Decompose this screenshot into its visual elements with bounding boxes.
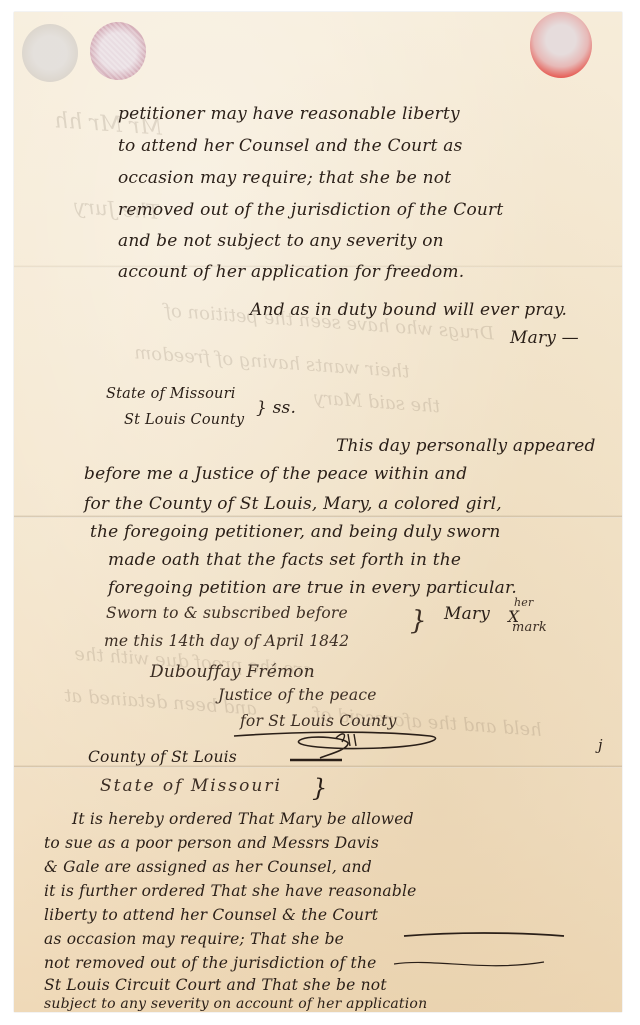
petition-line: to attend her Counsel and the Court as — [118, 136, 463, 156]
faded-seal-mark — [22, 24, 78, 82]
petitioner-signature: Mary — — [510, 328, 579, 348]
order-line: as occasion may require; That she be — [44, 930, 344, 948]
order-line: subject to any severity on account of he… — [44, 996, 427, 1012]
fold-line-middle — [14, 515, 622, 518]
manuscript-page: Mr Mr hh The Jury Drugs who have seen th… — [14, 12, 622, 1012]
justice-county: for St Louis County — [240, 712, 397, 730]
order-line: liberty to attend her Counsel & the Cour… — [44, 906, 378, 924]
venue-ss: } ss. — [256, 398, 296, 418]
order-line: to sue as a poor person and Messrs Davis — [44, 834, 379, 852]
petition-line: occasion may require; that she be not — [118, 168, 451, 188]
order-line: it is further ordered That she have reas… — [44, 882, 417, 900]
venue-county: St Louis County — [124, 412, 244, 428]
affidavit-line: before me a Justice of the peace within … — [84, 464, 467, 484]
order-state-line: State of Missouri — [100, 776, 282, 796]
order-line: & Gale are assigned as her Counsel, and — [44, 858, 372, 876]
mark-label: mark — [512, 620, 547, 635]
jurat-line: Sworn to & subscribed before — [106, 604, 348, 622]
affidavit-line: made oath that the facts set forth in th… — [108, 550, 461, 570]
order-line: It is hereby ordered That Mary be allowe… — [72, 810, 414, 828]
affidavit-line: foregoing petition are true in every par… — [108, 578, 517, 598]
venue-state: State of Missouri — [106, 386, 236, 402]
affidavit-line: the foregoing petitioner, and being duly… — [90, 522, 501, 542]
affidavit-line: This day personally appeared — [336, 436, 596, 456]
order-county-line: County of St Louis — [88, 748, 237, 766]
petition-line: account of her application for freedom. — [118, 262, 464, 282]
order-bracket: } — [312, 774, 327, 802]
jurat-date: me this 14th day of April 1842 — [104, 632, 349, 650]
margin-mark: j — [598, 738, 603, 754]
justice-signature: Dubouffay Frémon — [150, 662, 315, 682]
order-line: St Louis Circuit Court and That she be n… — [44, 976, 387, 994]
justice-title: Justice of the peace — [218, 686, 377, 704]
petition-line: petitioner may have reasonable liberty — [118, 104, 460, 124]
jurat-bracket: } — [410, 606, 427, 636]
petition-line: and be not subject to any severity on — [118, 231, 444, 251]
red-wax-seal-left — [90, 22, 146, 80]
affidavit-line: for the County of St Louis, Mary, a colo… — [84, 494, 502, 514]
petition-line: removed out of the jurisdiction of the C… — [118, 200, 503, 220]
red-wax-seal-right — [530, 12, 592, 78]
petition-prayer: And as in duty bound will ever pray. — [250, 300, 567, 320]
bleed-through-text: their wants having of freedom — [134, 342, 411, 382]
strikethrough-mark-icon — [394, 928, 594, 998]
order-line: not removed out of the jurisdiction of t… — [44, 954, 377, 972]
bleed-through-text: the said Mary — [313, 388, 440, 418]
petitioner-mark-name: Mary — [444, 604, 490, 624]
